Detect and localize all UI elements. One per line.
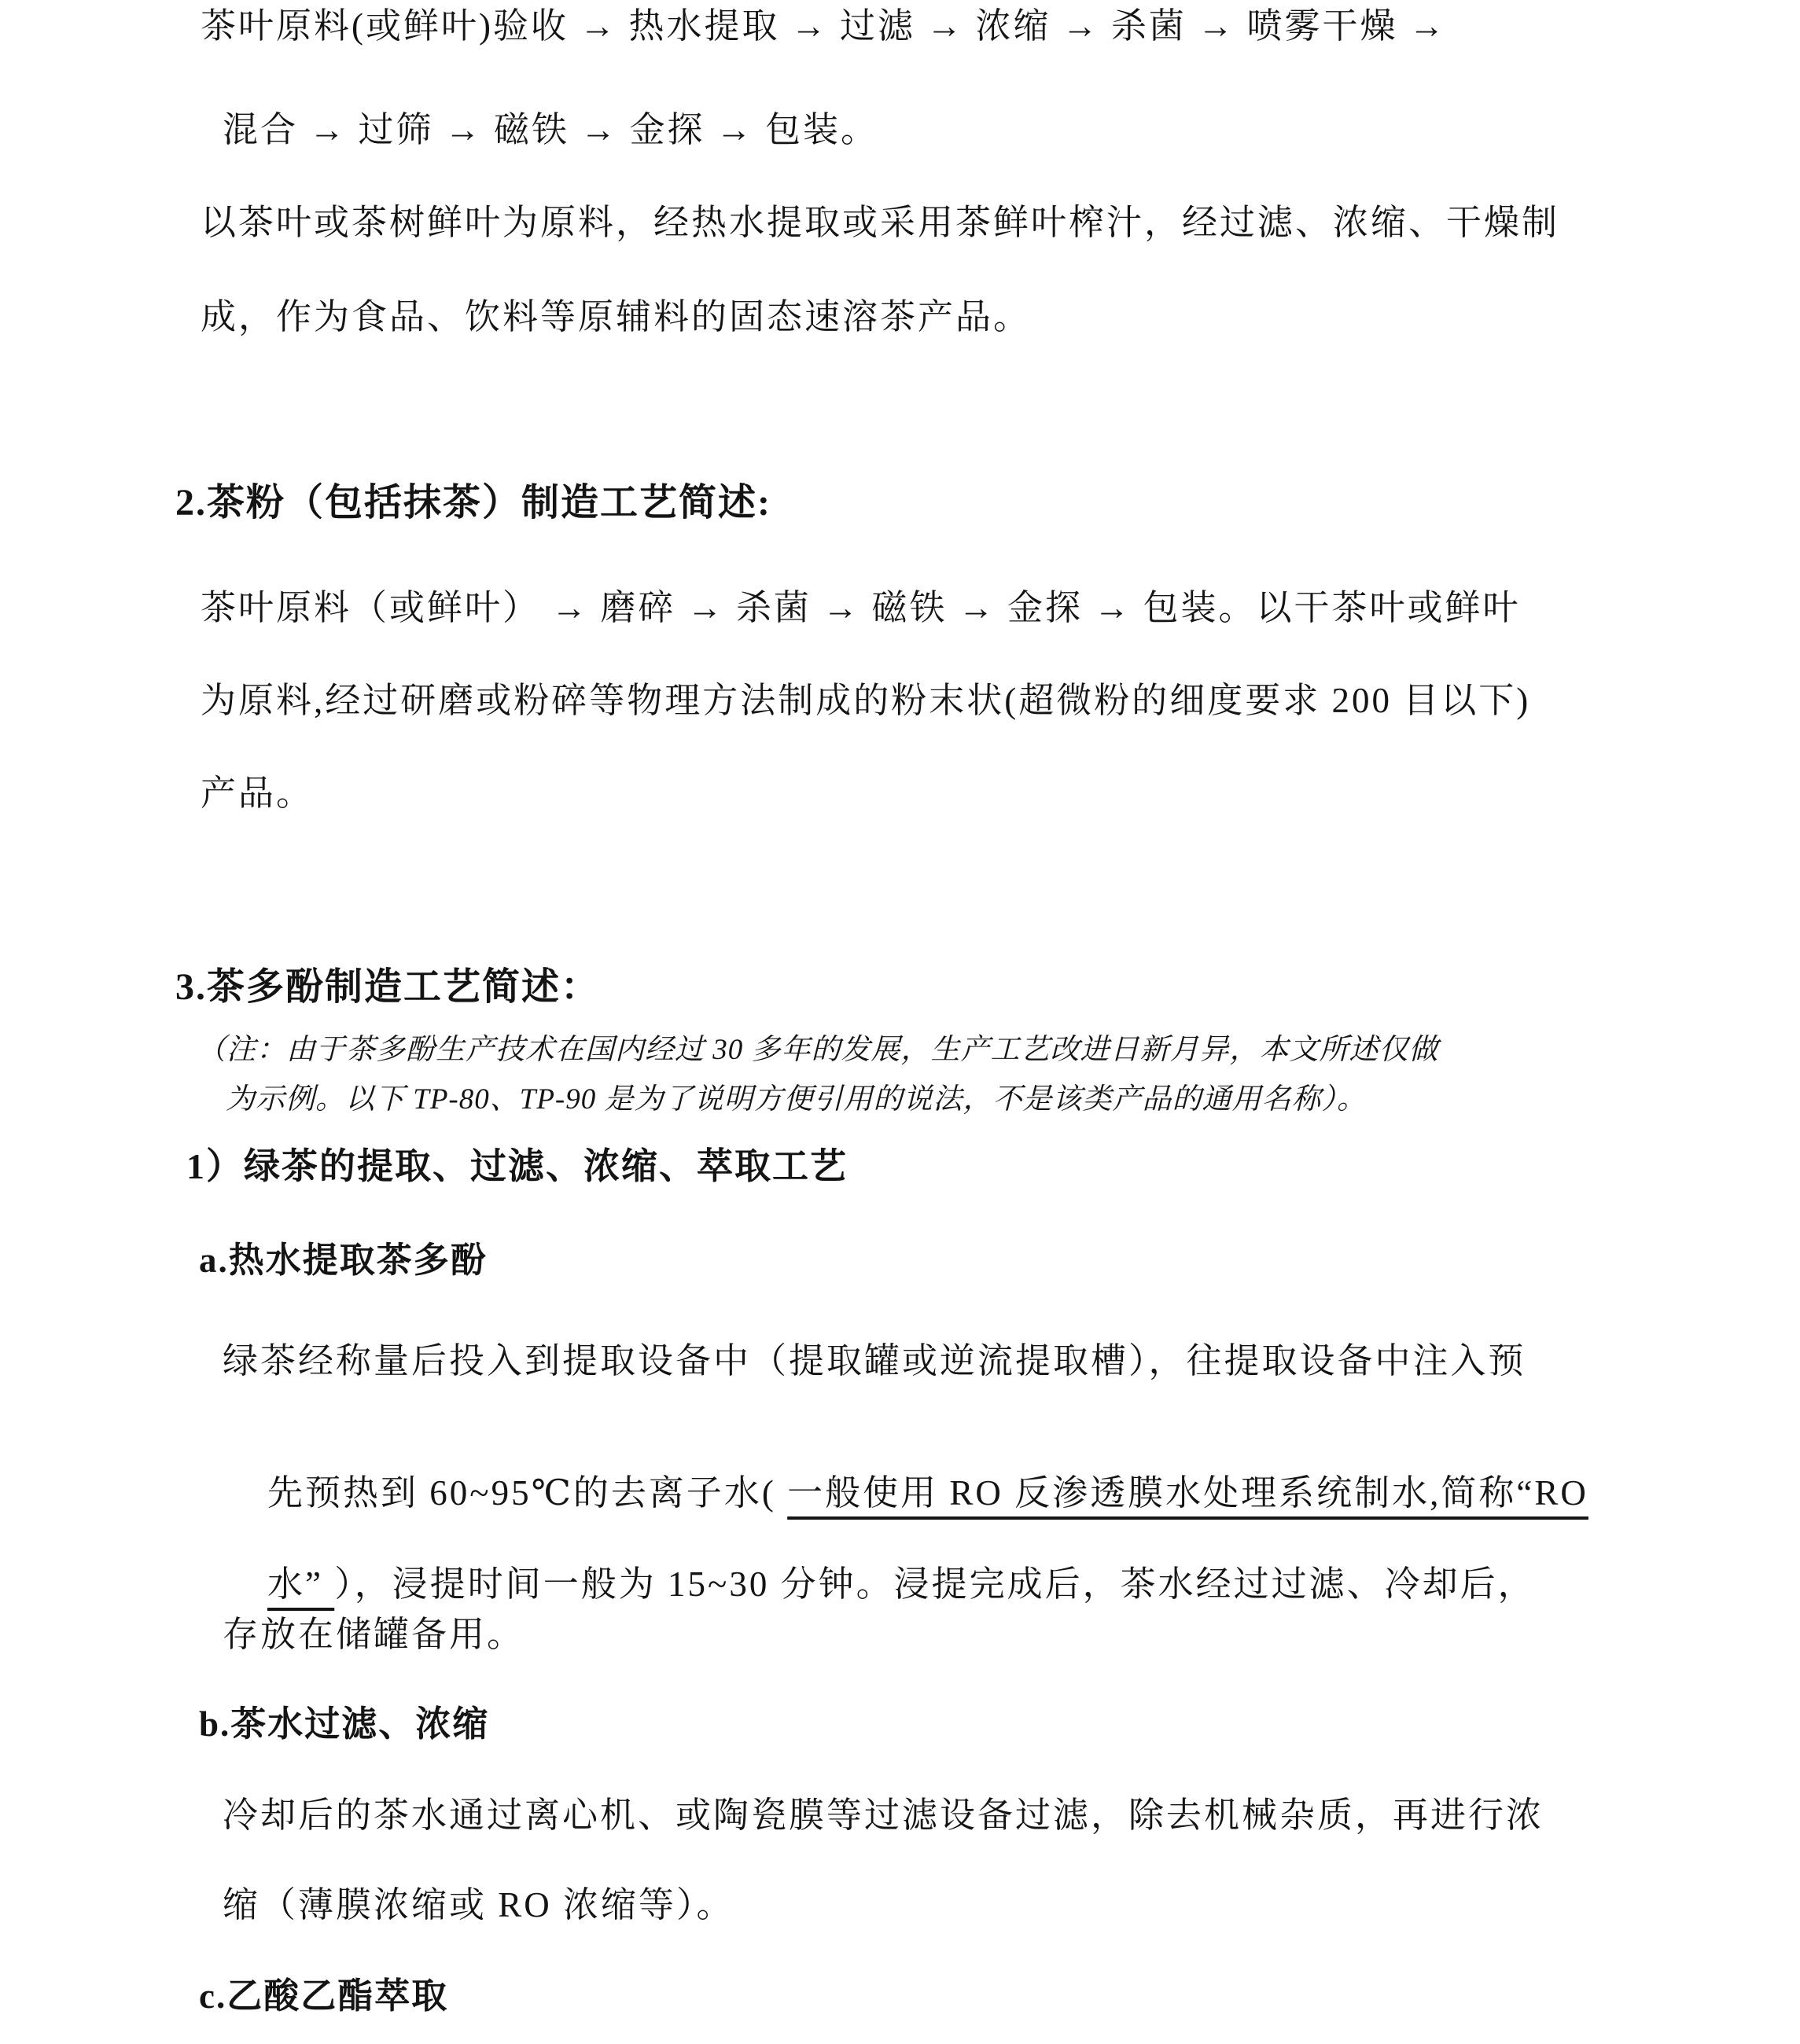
section1-desc-line-2: 成，作为食品、饮料等原辅料的固态速溶茶产品。	[201, 297, 1031, 338]
step-b-line-1: 冷却后的茶水通过离心机、或陶瓷膜等过滤设备过滤，除去机械杂质，再进行浓	[223, 1796, 1544, 1836]
step-a-line-2-normal: 先预热到 60~95℃的去离子水(	[267, 1473, 787, 1513]
section1-desc-line-1: 以茶叶或茶树鲜叶为原料，经热水提取或采用茶鲜叶榨汁，经过滤、浓缩、干燥制	[201, 203, 1559, 244]
document-page: 茶叶原料(或鲜叶)验收 → 热水提取 → 过滤 → 浓缩 → 杀菌 → 喷雾干燥…	[0, 0, 1800, 2044]
step-a-line-2-underlined: 一般使用 RO 反渗透膜水处理系统制水,简称“RO	[787, 1473, 1588, 1513]
flow-line-2: 混合 → 过筛 → 磁铁 → 金探 → 包装。	[223, 110, 878, 151]
section2-heading: 2.茶粉（包括抹茶）制造工艺简述:	[175, 481, 771, 524]
section3-heading: 3.茶多酚制造工艺简述：	[175, 965, 600, 1009]
step-b-heading: b.茶水过滤、浓缩	[199, 1704, 489, 1745]
step-a-heading: a.热水提取茶多酚	[199, 1241, 488, 1281]
section3-sub1-heading: 1）绿茶的提取、过滤、浓缩、萃取工艺	[186, 1146, 848, 1188]
flow-line-1: 茶叶原料(或鲜叶)验收 → 热水提取 → 过滤 → 浓缩 → 杀菌 → 喷雾干燥…	[201, 6, 1447, 47]
section3-note-line-1: （注：由于茶多酚生产技术在国内经过 30 多年的发展，生产工艺改进日新月异，本文…	[197, 1034, 1439, 1068]
section2-body-line-3: 产品。	[201, 774, 314, 814]
step-a-line-3-underlined: 水”	[267, 1564, 334, 1604]
step-a-line-4: 存放在储罐备用。	[223, 1615, 525, 1656]
section3-note-line-2: 为示例。以下 TP-80、TP-90 是为了说明方便引用的说法，不是该类产品的通…	[226, 1083, 1367, 1117]
step-a-line-3-normal: ），浸提时间一般为 15~30 分钟。浸提完成后，茶水经过过滤、冷却后，	[334, 1564, 1535, 1604]
step-c-heading: c.乙酸乙酯萃取	[199, 1976, 448, 2017]
step-b-line-2: 缩（薄膜浓缩或 RO 浓缩等）。	[223, 1885, 734, 1926]
section2-body-line-1: 茶叶原料（或鲜叶） → 磨碎 → 杀菌 → 磁铁 → 金探 → 包装。以干茶叶或…	[201, 588, 1521, 629]
step-a-line-1: 绿茶经称量后投入到提取设备中（提取罐或逆流提取槽），往提取设备中注入预	[223, 1341, 1526, 1382]
section2-body-line-2: 为原料,经过研磨或粉碎等物理方法制成的粉末状(超微粉的细度要求 200 目以下)	[201, 681, 1530, 722]
